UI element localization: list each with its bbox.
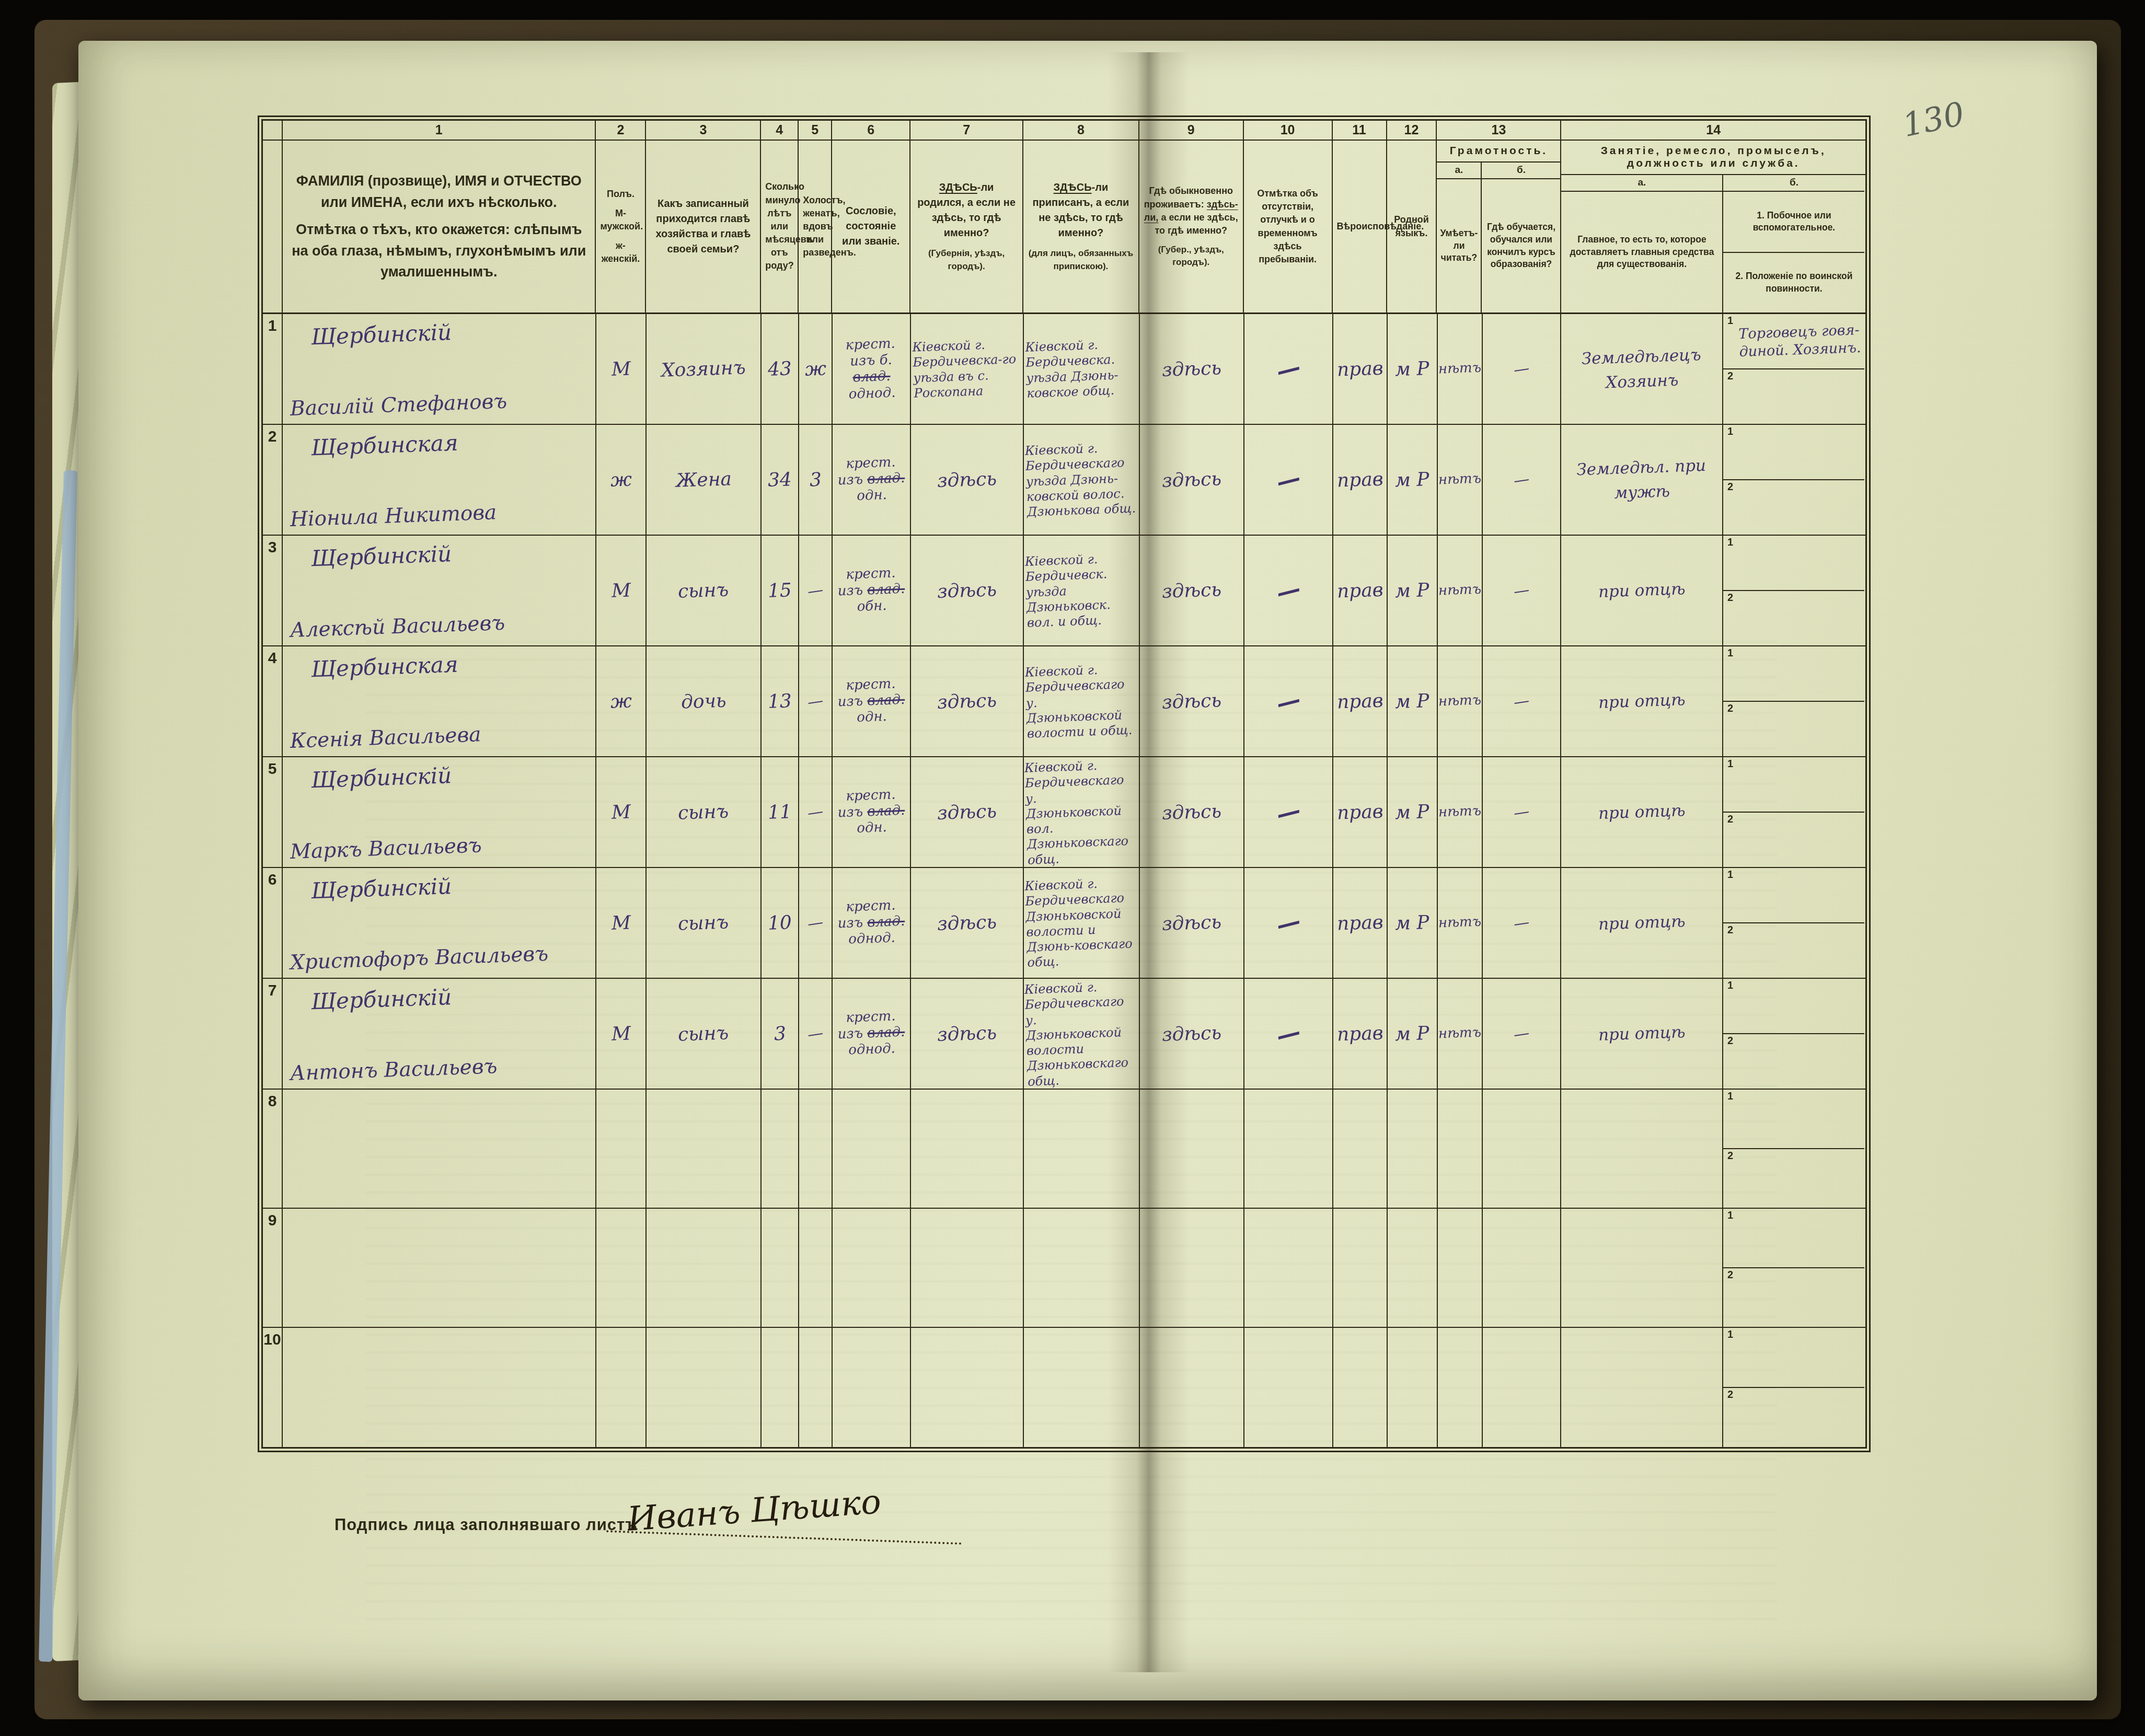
surname-text: Щербинскій (310, 979, 591, 1015)
header-col9-residence: 9 Гдѣ обыкновенно проживаетъ: здѣсь-ли, … (1139, 121, 1244, 313)
cell-occupation-side: 12 (1723, 757, 1864, 867)
cell-absence: — (1244, 425, 1333, 535)
census-table: 1 ФАМИЛІЯ (прозвище), ИМЯ и ОТЧЕСТВО или… (261, 119, 1867, 1449)
estate-struck: влад. (852, 368, 891, 385)
header-col7-birthplace: 7 ЗДѢСЬ-ли родился, а если не здѣсь, то … (910, 121, 1023, 313)
cell-relation-text: сынъ (678, 911, 730, 934)
cell-language: м Р (1388, 979, 1438, 1089)
cell-residence: здѣсь (1140, 646, 1244, 756)
cell-marital: ж (799, 314, 833, 424)
col13-sub-a: а. Умѣетъ-ли читать? (1437, 163, 1482, 313)
side-sub2-number: 2 (1727, 924, 1733, 936)
cell-absence: — (1244, 868, 1333, 978)
cell-birthplace (911, 1209, 1024, 1327)
given-name-text: Ксенія Васильева (290, 719, 591, 753)
cell-birthplace (911, 1090, 1024, 1208)
cell-residence: здѣсь (1140, 868, 1244, 978)
cell-relation-text: сынъ (678, 579, 730, 602)
cell-sex-text: М (611, 1023, 631, 1045)
cell-occupation-main (1561, 1209, 1723, 1327)
side-occupation-2: 2 (1723, 1388, 1864, 1447)
side-occupation-2: 2 (1723, 813, 1864, 867)
side-sub1-number: 1 (1727, 869, 1733, 881)
cell-estate (833, 1209, 911, 1327)
cell-absence: — (1244, 979, 1333, 1089)
cell-religion (1333, 1209, 1388, 1327)
cell-relation: сынъ (647, 757, 762, 867)
cell-sex: М (596, 536, 647, 645)
estate-struck: влад. (867, 913, 905, 930)
header-col5-marital: 5 Холостъ, женатъ, вдовъ или разведенъ. (799, 121, 832, 313)
cell-relation-text: Жена (675, 468, 732, 492)
surname-text (311, 1328, 591, 1338)
cell-name (283, 1209, 596, 1327)
surname-text: Щербинскій (310, 315, 591, 350)
cell-sex-text: М (611, 801, 631, 823)
cell-sex-text: М (611, 912, 631, 934)
cell-birthplace: здѣсь (911, 979, 1024, 1089)
col1-line2: Отмѣтка о тѣхъ, кто окажется: слѣпымъ на… (287, 219, 591, 283)
table-header: 1 ФАМИЛІЯ (прозвище), ИМЯ и ОТЧЕСТВО или… (263, 121, 1865, 314)
cell-age-text: 3 (774, 1023, 786, 1045)
cell-residence: здѣсь (1140, 979, 1244, 1089)
cell-birthplace-text: Кіевской г. Бердичевска-го уѣзда въ с. Р… (912, 337, 1022, 401)
signature-label: Подпись лица заполнявшаго листъ (335, 1515, 638, 1534)
header-col14-occupation: 14 Занятіе, ремесло, промыселъ, должност… (1561, 121, 1865, 313)
cell-name: ЩербинскаяНіонила Никитова (283, 425, 596, 535)
given-name-text: Христофоръ Васильевъ (290, 941, 591, 975)
cell-literacy-text: нѣтъ (1438, 582, 1481, 599)
cell-marital: — (799, 536, 833, 645)
cell-age-text: 10 (767, 912, 792, 934)
cell-residence-text: здѣсь (1161, 690, 1221, 713)
side-occupation-2: 2 (1723, 1268, 1864, 1327)
side-sub2-number: 2 (1727, 481, 1733, 493)
cell-occupation-side: 12 (1723, 1090, 1864, 1208)
col3-text: Какъ записанный приходится главѣ хозяйст… (650, 196, 756, 257)
cell-estate: крест. изъ влад. однод. (833, 868, 911, 978)
cell-estate (833, 1328, 911, 1447)
side-occupation-1: 1 (1723, 757, 1864, 813)
table-row: 6ЩербинскійХристофоръ ВасильевъМсынъ10—к… (263, 868, 1865, 979)
cell-age: 15 (762, 536, 799, 645)
col6-text: Сословіе, состояніе или званіе. (836, 204, 905, 249)
header-col11-religion: 11 Вѣроисповѣданіе. (1333, 121, 1387, 313)
cell-marital-text: — (806, 581, 825, 601)
header-col3-relation: 3 Какъ записанный приходится главѣ хозяй… (646, 121, 761, 313)
signature-block: Подпись лица заполнявшаго листъ Иванъ Цѣ… (335, 1515, 951, 1534)
cell-language-text: м Р (1395, 468, 1430, 491)
cell-name: ЩербинскаяКсенія Васильева (283, 646, 596, 756)
cell-education: — (1483, 646, 1561, 756)
cell-relation: Жена (647, 425, 762, 535)
cell-occupation-main-text: при отцѣ (1598, 1020, 1686, 1047)
cell-estate: крест. изъ б. влад. однод. (833, 314, 911, 424)
cell-absence: — (1244, 757, 1333, 867)
cell-residence-text: здѣсь (1161, 801, 1221, 824)
cell-language (1388, 1328, 1438, 1447)
cell-religion-text: прав (1336, 357, 1383, 380)
col12-text: Родной языкъ. (1391, 213, 1432, 239)
cell-age-text: 34 (767, 469, 792, 491)
cell-age: 11 (762, 757, 799, 867)
side-occupation-1: 1 (1723, 425, 1864, 480)
cell-marital: 3 (799, 425, 833, 535)
header-col6-estate: 6 Сословіе, состояніе или званіе. (832, 121, 910, 313)
estate-text: крест. изъ влад. обн. (834, 565, 908, 616)
cell-residence: здѣсь (1140, 536, 1244, 645)
cell-estate: крест. изъ влад. одн. (833, 425, 911, 535)
cell-residence: здѣсь (1140, 425, 1244, 535)
surname-text: Щербинскій (310, 758, 591, 793)
header-col10-absence: 10 Отмѣтка объ отсутствіи, отлучкѣ и о в… (1244, 121, 1333, 313)
cell-registration (1024, 1090, 1140, 1208)
side-occupation-2: 2 (1723, 702, 1864, 756)
col8-note: (для лицъ, обязанныхъ припискою). (1028, 247, 1134, 273)
cell-age-text: 15 (767, 580, 792, 602)
cell-literacy-text: нѣтъ (1438, 803, 1481, 821)
col14-sub-b: б. 1. Побочное или вспомогательное. 2. П… (1723, 175, 1864, 313)
cell-occupation-main: при отцѣ (1561, 868, 1723, 978)
cell-registration (1024, 1328, 1140, 1447)
side-occupation-1: 1 (1723, 1209, 1864, 1268)
cell-sex-text: М (611, 580, 631, 601)
cell-absence-text: — (1273, 463, 1304, 496)
cell-literacy (1438, 1090, 1483, 1208)
col11-text: Вѣроисповѣданіе. (1337, 220, 1382, 233)
side-occupation-1: 1 (1723, 536, 1864, 591)
cell-language-text: м Р (1395, 579, 1430, 601)
given-name-text: Антонъ Васильевъ (290, 1051, 591, 1085)
cell-registration-text: Кіевской г. Бердичевскаго у. Дзюньковско… (1024, 979, 1138, 1089)
cell-relation-text: Хозяинъ (661, 357, 746, 381)
cell-sex (596, 1090, 647, 1208)
cell-literacy-text: нѣтъ (1438, 360, 1481, 378)
col9-note: (Губер., уѣздъ, городъ). (1144, 244, 1239, 269)
cell-marital (799, 1090, 833, 1208)
cell-language: м Р (1388, 646, 1438, 756)
surname-text: Щербинская (310, 647, 591, 682)
cell-language-text: м Р (1395, 690, 1430, 712)
cell-absence-text: — (1273, 352, 1304, 386)
cell-literacy-text: нѣтъ (1438, 692, 1481, 710)
side-occupation-2: 2 (1723, 1149, 1864, 1208)
cell-occupation-main: при отцѣ (1561, 536, 1723, 645)
col10-text: Отмѣтка объ отсутствіи, отлучкѣ и о врем… (1248, 187, 1328, 266)
cell-religion-text: прав (1336, 690, 1383, 713)
cell-marital-text: — (806, 691, 825, 712)
given-name-text (290, 1313, 591, 1324)
cell-occupation-main (1561, 1090, 1723, 1208)
cell-literacy: нѣтъ (1438, 979, 1483, 1089)
cell-marital-text: 3 (809, 469, 822, 491)
header-rownum (263, 121, 283, 313)
cell-literacy: нѣтъ (1438, 536, 1483, 645)
cell-relation: сынъ (647, 536, 762, 645)
cell-absence-text: — (1273, 795, 1304, 829)
cell-name (283, 1328, 596, 1447)
cell-age-text: 11 (767, 801, 792, 824)
side-occupation-2: 2 (1723, 1034, 1864, 1089)
table-row: 3ЩербинскійАлексѣй ВасильевъМсынъ15—крес… (263, 536, 1865, 646)
cell-education-text: — (1513, 913, 1531, 933)
cell-age: 13 (762, 646, 799, 756)
cell-religion: прав (1333, 646, 1388, 756)
side-occupation-1-text: Торговецъ говя-диной. Хозяинъ. (1738, 321, 1862, 361)
cell-name: ЩербинскійХристофоръ Васильевъ (283, 868, 596, 978)
cell-sex: М (596, 868, 647, 978)
surname-text (311, 1090, 591, 1100)
cell-absence: — (1244, 536, 1333, 645)
cell-age: 3 (762, 979, 799, 1089)
table-row: 5ЩербинскійМаркъ ВасильевъМсынъ11—крест.… (263, 757, 1865, 868)
cell-language: м Р (1388, 536, 1438, 645)
cell-religion: прав (1333, 757, 1388, 867)
cell-occupation-main-text: при отцѣ (1598, 688, 1686, 715)
cell-estate: крест. изъ влад. обн. (833, 536, 911, 645)
given-name-text (290, 1433, 591, 1444)
side-occupation-1: 1 (1723, 1090, 1864, 1149)
cell-registration: Кіевской г. Бердичевск. уѣзда Дзюньковск… (1024, 536, 1140, 645)
cell-absence (1244, 1209, 1333, 1327)
cell-residence-text: здѣсь (1161, 911, 1221, 935)
col5-text: Холостъ, женатъ, вдовъ или разведенъ. (803, 194, 827, 260)
col2-l1: Полъ. (600, 188, 641, 201)
cell-residence-text: здѣсь (1161, 357, 1221, 381)
cell-marital: — (799, 979, 833, 1089)
cell-occupation-side: 12 (1723, 1328, 1864, 1447)
cell-religion: прав (1333, 314, 1388, 424)
cell-occupation-main: Земледѣл. при мужѣ (1561, 425, 1723, 535)
cell-birthplace: здѣсь (911, 425, 1024, 535)
cell-occupation-main-text: Земледѣлецъ Хозяинъ (1562, 342, 1721, 396)
side-occupation-1: 1Торговецъ говя-диной. Хозяинъ. (1723, 314, 1864, 369)
cell-occupation-side: 12 (1723, 646, 1864, 756)
cell-estate (833, 1090, 911, 1208)
cell-registration: Кіевской г. Бердичевскаго у. Дзюньковско… (1024, 979, 1140, 1089)
cell-marital: — (799, 868, 833, 978)
cell-occupation-side: 12 (1723, 536, 1864, 645)
cell-education-text: — (1513, 581, 1531, 601)
cell-birthplace-text: здѣсь (937, 690, 997, 713)
given-name-text: Маркъ Васильевъ (290, 830, 591, 864)
cell-age-text: 13 (767, 690, 792, 713)
cell-marital (799, 1209, 833, 1327)
cell-birthplace-text: здѣсь (937, 1022, 997, 1046)
cell-occupation-main: при отцѣ (1561, 646, 1723, 756)
cell-age: 43 (762, 314, 799, 424)
surname-text (311, 1209, 591, 1219)
header-col1-name: 1 ФАМИЛІЯ (прозвище), ИМЯ и ОТЧЕСТВО или… (283, 121, 596, 313)
cell-row-number: 6 (263, 868, 283, 978)
estate-text: крест. изъ влад. однод. (834, 1008, 908, 1059)
estate-text: крест. изъ влад. одн. (834, 454, 908, 505)
side-occupation-2: 2 (1723, 591, 1864, 645)
cell-birthplace: Кіевской г. Бердичевска-го уѣзда въ с. Р… (911, 314, 1024, 424)
cell-occupation-main: Земледѣлецъ Хозяинъ (1561, 314, 1723, 424)
col7-question: ЗДѢСЬ-ли родился, а если не здѣсь, то гд… (915, 180, 1018, 241)
side-occupation-1: 1 (1723, 646, 1864, 702)
cell-birthplace: здѣсь (911, 536, 1024, 645)
cell-registration: Кіевской г. Бердичевскаго у. Дзюньковско… (1024, 646, 1140, 756)
cell-education: — (1483, 314, 1561, 424)
cell-literacy: нѣтъ (1438, 646, 1483, 756)
cell-registration-text: Кіевской г. Бердичевска. уѣзда Дзюнь-ков… (1025, 337, 1138, 401)
header-col2-sex: 2 Полъ. М-мужской. ж-женскій. (596, 121, 646, 313)
cell-residence-text: здѣсь (1161, 579, 1221, 603)
cell-language (1388, 1209, 1438, 1327)
cell-occupation-main-text: при отцѣ (1598, 909, 1686, 936)
cell-occupation-main: при отцѣ (1561, 757, 1723, 867)
estate-text: крест. изъ влад. однод. (834, 897, 908, 948)
estate-struck: влад. (867, 692, 905, 709)
cell-name: ЩербинскійАнтонъ Васильевъ (283, 979, 596, 1089)
side-sub1-number: 1 (1727, 647, 1733, 659)
cell-registration: Кіевской г. Бердичевскаго Дзюньковской в… (1024, 868, 1140, 978)
cell-registration: Кіевской г. Бердичевска. уѣзда Дзюнь-ков… (1024, 314, 1140, 424)
cell-literacy-text: нѣтъ (1438, 1025, 1481, 1043)
cell-religion-text: прав (1336, 579, 1383, 602)
col8-question: ЗДѢСЬ-ли приписанъ, а если не здѣсь, то … (1028, 180, 1134, 241)
cell-registration-text: Кіевской г. Бердичевскаго у. Дзюньковско… (1025, 661, 1138, 742)
cell-relation: дочь (647, 646, 762, 756)
cell-education (1483, 1328, 1561, 1447)
surname-text: Щербинскій (310, 869, 591, 904)
cell-age (762, 1328, 799, 1447)
cell-occupation-main-text: Земледѣл. при мужѣ (1562, 453, 1721, 506)
side-sub1-number: 1 (1727, 1329, 1733, 1341)
cell-relation: сынъ (647, 868, 762, 978)
cell-sex-text: ж (610, 690, 632, 712)
side-sub1-number: 1 (1727, 315, 1733, 327)
cell-absence-text: — (1273, 1017, 1304, 1050)
cell-education-text: — (1513, 470, 1531, 490)
cell-sex: М (596, 757, 647, 867)
cell-occupation-side: 12 (1723, 868, 1864, 978)
table-row: 2ЩербинскаяНіонила НикитоважЖена343крест… (263, 425, 1865, 536)
cell-row-number: 7 (263, 979, 283, 1089)
cell-registration-text: Кіевской г. Бердичевскаго у. Дзюньковско… (1024, 757, 1138, 867)
table-row: 812 (263, 1090, 1865, 1209)
cell-absence (1244, 1328, 1333, 1447)
given-name-text: Ніонила Никитова (290, 497, 591, 531)
estate-text: крест. изъ влад. одн. (834, 676, 908, 727)
cell-marital-text: — (806, 1024, 825, 1044)
cell-occupation-main-text: при отцѣ (1598, 798, 1686, 826)
estate-struck: влад. (867, 470, 905, 487)
cell-relation-text: сынъ (678, 801, 730, 824)
cell-registration (1024, 1209, 1140, 1327)
cell-language: м Р (1388, 757, 1438, 867)
cell-sex (596, 1328, 647, 1447)
cell-residence-text: здѣсь (1161, 1022, 1221, 1046)
side-sub2-number: 2 (1727, 1269, 1733, 1281)
cell-birthplace-text: здѣсь (937, 579, 997, 603)
given-name-text: Алексѣй Васильевъ (290, 608, 591, 642)
col7-note: (Губернія, уѣздъ, городъ). (915, 247, 1018, 273)
cell-literacy: нѣтъ (1438, 314, 1483, 424)
cell-religion: прав (1333, 868, 1388, 978)
cell-education-text: — (1513, 359, 1531, 379)
cell-sex: ж (596, 425, 647, 535)
cell-language-text: м Р (1395, 1022, 1430, 1045)
header-col8-registration: 8 ЗДѢСЬ-ли приписанъ, а если не здѣсь, т… (1023, 121, 1139, 313)
table-row: 1ЩербинскійВасилій СтефановъМХозяинъ43жк… (263, 314, 1865, 425)
cell-marital-text: — (806, 913, 825, 933)
cell-relation-text: сынъ (678, 1022, 730, 1045)
cell-name: ЩербинскійАлексѣй Васильевъ (283, 536, 596, 645)
side-sub1-number: 1 (1727, 980, 1733, 992)
cell-registration: Кіевской г. Бердичевскаго уѣзда Дзюнь-ко… (1024, 425, 1140, 535)
cell-religion: прав (1333, 425, 1388, 535)
surname-text: Щербинскій (310, 536, 591, 572)
cell-education: — (1483, 979, 1561, 1089)
cell-marital-text: ж (804, 358, 826, 380)
side-sub1-number: 1 (1727, 426, 1733, 438)
cell-residence: здѣсь (1140, 757, 1244, 867)
cell-marital: — (799, 646, 833, 756)
cell-education: — (1483, 868, 1561, 978)
cell-language-text: м Р (1395, 357, 1430, 380)
cell-absence: — (1244, 646, 1333, 756)
cell-residence (1140, 1090, 1244, 1208)
cell-occupation-side: 12 (1723, 1209, 1864, 1327)
cell-row-number: 1 (263, 314, 283, 424)
cell-occupation-side: 12 (1723, 979, 1864, 1089)
side-occupation-2: 2 (1723, 480, 1864, 535)
cell-relation (647, 1328, 762, 1447)
cell-residence (1140, 1328, 1244, 1447)
cell-absence-text: — (1273, 574, 1304, 607)
cell-row-number: 2 (263, 425, 283, 535)
cell-absence: — (1244, 314, 1333, 424)
cell-relation: сынъ (647, 979, 762, 1089)
col13-title: Грамотность. (1437, 141, 1560, 163)
cell-occupation-main (1561, 1328, 1723, 1447)
col13-sub-b: б. Гдѣ обучается, обучался или кончилъ к… (1482, 163, 1560, 313)
cell-religion (1333, 1328, 1388, 1447)
cell-row-number: 3 (263, 536, 283, 645)
cell-birthplace: здѣсь (911, 868, 1024, 978)
side-sub1-number: 1 (1727, 1210, 1733, 1222)
cell-relation-text: дочь (681, 690, 726, 713)
cell-absence-text: — (1273, 685, 1304, 718)
cell-row-number: 5 (263, 757, 283, 867)
cell-marital: — (799, 757, 833, 867)
estate-struck: влад. (867, 581, 905, 598)
cell-registration-text: Кіевской г. Бердичевскаго Дзюньковской в… (1024, 875, 1138, 971)
estate-text: крест. изъ б. влад. однод. (834, 335, 909, 403)
cell-row-number: 10 (263, 1328, 283, 1447)
cell-sex-text: М (611, 358, 631, 380)
cell-education-text: — (1513, 691, 1531, 712)
col2-l3: ж-женскій. (600, 239, 641, 265)
cell-education: — (1483, 757, 1561, 867)
cell-name: ЩербинскійВасилій Стефановъ (283, 314, 596, 424)
cell-residence-text: здѣсь (1161, 468, 1221, 492)
cell-language-text: м Р (1395, 801, 1430, 823)
cell-religion (1333, 1090, 1388, 1208)
given-name-text: Василій Стефановъ (290, 387, 591, 421)
cell-age (762, 1209, 799, 1327)
table-row: 7ЩербинскійАнтонъ ВасильевъМсынъ3—крест.… (263, 979, 1865, 1090)
cell-relation (647, 1090, 762, 1208)
col14-title: Занятіе, ремесло, промыселъ, должность и… (1561, 141, 1865, 175)
cell-education-text: — (1513, 1024, 1531, 1044)
cell-religion: прав (1333, 536, 1388, 645)
cell-sex: М (596, 314, 647, 424)
cell-religion-text: прав (1336, 801, 1383, 824)
